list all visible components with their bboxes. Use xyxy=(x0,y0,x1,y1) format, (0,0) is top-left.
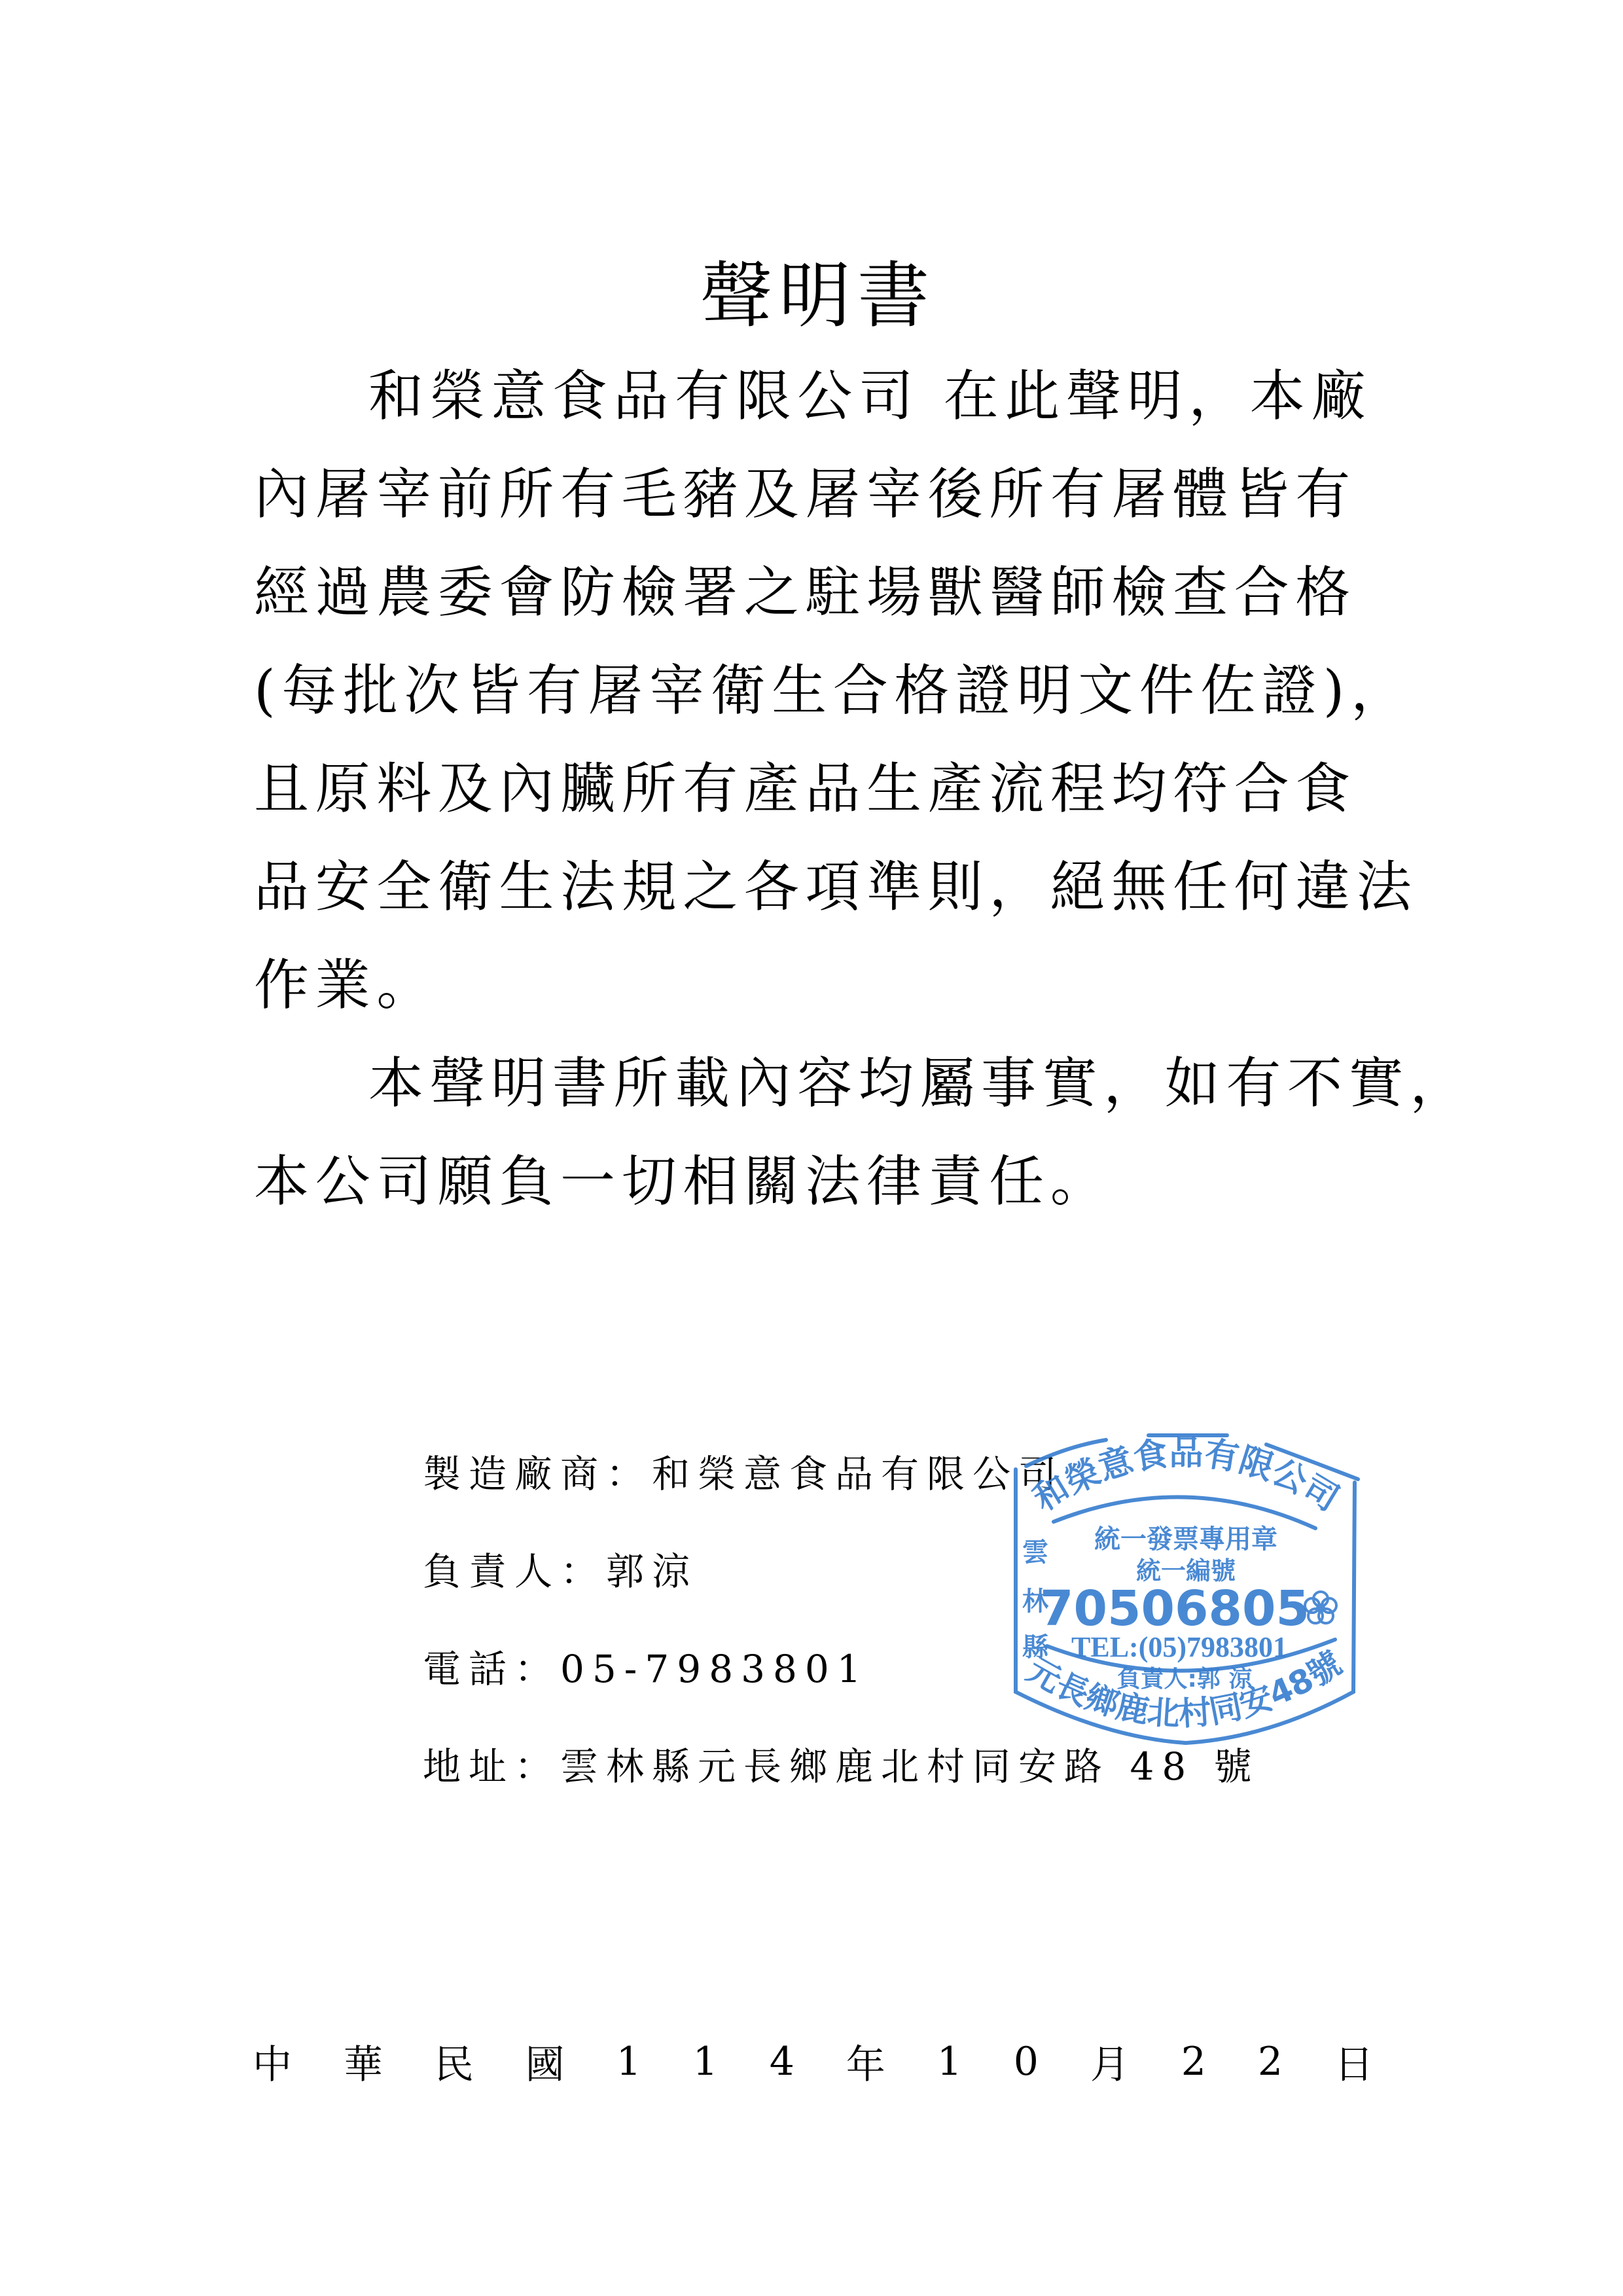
plum-blossom-icon xyxy=(1305,1592,1336,1623)
body-line: 本公司願負一切相關法律責任。 xyxy=(254,1132,1406,1230)
declaration-paragraph-1: 和榮意食品有限公司 在此聲明，本廠 內屠宰前所有毛豬及屠宰後所有屠體皆有 經過農… xyxy=(254,347,1406,1034)
body-line: (每批次皆有屠宰衛生合格證明文件佐證)， xyxy=(254,641,1406,740)
date-year-digit: 1 xyxy=(616,2039,641,2085)
date-day-digit: 2 xyxy=(1258,2039,1283,2085)
declaration-paragraph-2: 本聲明書所載內容均屬事實，如有不實， 本公司願負一切相關法律責任。 xyxy=(254,1034,1406,1230)
date-month-digit: 0 xyxy=(1014,2039,1039,2085)
date-char: 年 xyxy=(846,2034,885,2090)
body-line: 經過農委會防檢署之駐場獸醫師檢查合格 xyxy=(254,543,1406,641)
date-char: 華 xyxy=(344,2034,383,2090)
date-year-digit: 1 xyxy=(693,2039,718,2085)
date-day-digit: 2 xyxy=(1181,2039,1206,2085)
body-line: 作業。 xyxy=(254,936,1406,1034)
stamp-county-1: 雲 xyxy=(1022,1537,1048,1568)
document-page: 聲明書 和榮意食品有限公司 在此聲明，本廠 內屠宰前所有毛豬及屠宰後所有屠體皆有… xyxy=(0,0,1623,2296)
date-char: 中 xyxy=(253,2034,292,2090)
stamp-tel: TEL:(05)7983801 xyxy=(1071,1631,1287,1663)
page-title: 聲明書 xyxy=(0,243,1623,348)
date-month-digit: 1 xyxy=(937,2039,962,2085)
body-line: 和榮意食品有限公司 在此聲明，本廠 xyxy=(254,347,1406,445)
address-line: 地址：雲林縣元長鄉鹿北村同安路 48 號 xyxy=(423,1747,1260,1844)
stamp-purpose: 統一發票專用章 xyxy=(1094,1524,1277,1554)
document-date: 中 華 民 國 1 1 4 年 1 0 月 2 2 日 xyxy=(253,2036,1374,2088)
body-line: 品安全衛生法規之各項準則，絕無任何違法 xyxy=(254,838,1406,936)
company-seal-stamp: 和榮意食品有限公司 統一發票專用章 統一編號 70506805 TEL:(05)… xyxy=(1008,1430,1364,1748)
date-char: 民 xyxy=(435,2034,474,2090)
date-year-digit: 4 xyxy=(770,2039,794,2085)
stamp-tax-id: 70506805 xyxy=(1040,1581,1310,1637)
date-char: 國 xyxy=(526,2034,565,2090)
date-char: 月 xyxy=(1090,2034,1130,2090)
date-char: 日 xyxy=(1334,2034,1374,2090)
stamp-graphic: 和榮意食品有限公司 統一發票專用章 統一編號 70506805 TEL:(05)… xyxy=(1008,1430,1364,1748)
body-line: 且原料及內臟所有產品生產流程均符合食 xyxy=(254,740,1406,838)
body-line: 本聲明書所載內容均屬事實，如有不實， xyxy=(254,1034,1406,1132)
stamp-county-2: 林 xyxy=(1022,1587,1049,1617)
body-line: 內屠宰前所有毛豬及屠宰後所有屠體皆有 xyxy=(254,445,1406,543)
